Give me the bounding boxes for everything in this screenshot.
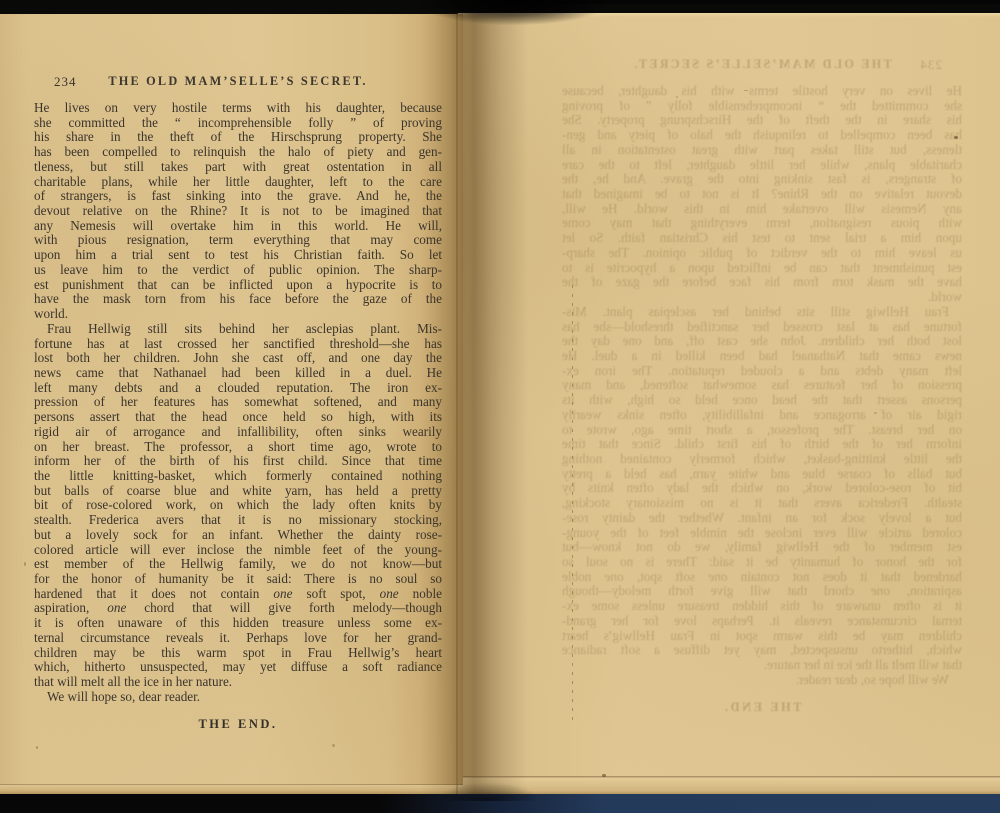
page-edge-bottom [458,776,1000,794]
text-line: colored article will ever inclose the ni… [34,543,442,558]
text-line: est member of the Hellwig family, we do … [34,557,442,572]
text-line: has been compelled to relinquish the hal… [34,145,442,160]
foxing-speck [676,96,678,98]
page-edge-strip [0,785,463,794]
text-line: but a lovely sock for an infant. Whether… [34,528,442,543]
text-line: aspiration, one chord that will give for… [34,601,442,616]
foxing-speck [954,136,958,139]
text-line: tleness, but still takes part with great… [34,160,442,175]
text-line: of strangers, is fast sinking into the g… [34,189,442,204]
text-line: hardened that it does not contain one so… [34,587,442,602]
foxing-speck [24,562,26,566]
text-line: pression of her features has somewhat so… [34,395,442,410]
gutter-crease [456,13,458,794]
foxing-speck [874,412,877,414]
text-line: she committed the “ incomprehensible fol… [34,116,442,131]
text-line: bit of rose-colored work, on which the l… [34,498,442,513]
text-line: stealth. Frederica avers that it is no m… [34,513,442,528]
text-line: world. [34,307,442,322]
right-blank-page: 234 THE OLD MAM’SELLE’S SECRET. He lives… [458,13,1000,794]
text-line: est punishment that can be inflicted upo… [34,278,442,293]
page-body: He lives on very hostile terms with his … [34,101,442,704]
text-line: He lives on very hostile terms with his … [34,101,442,116]
bleedthrough-text: 234 THE OLD MAM’SELLE’S SECRET. He lives… [562,57,962,715]
text-line: rigid air of arrogance and infallibility… [34,425,442,440]
text-line: charitable plans, while her little daugh… [34,175,442,190]
text-line: upon him a trial sent to test his Christ… [34,248,442,263]
left-page-content: 234 THE OLD MAM’SELLE’S SECRET. He lives… [34,74,442,732]
text-line: Frau Hellwig still sits behind her ascle… [34,322,442,337]
text-line: ternal circumstance reveals it. Perhaps … [34,631,442,646]
text-line: children may be this warm spot in Frau H… [34,646,442,661]
book-spread-photo: 234 THE OLD MAM’SELLE’S SECRET. He lives… [0,0,1000,813]
foxing-speck [332,744,335,747]
endpaper-crease-line [572,285,573,723]
page-number: 234 [54,74,77,90]
foxing-speck [36,746,38,749]
text-line: fortune has at last crossed her sanctifi… [34,337,442,352]
text-line: lost both her children. John she cast of… [34,351,442,366]
text-line: which, hitherto unsuspected, may yet dif… [34,660,442,675]
text-line: it is often unaware of this hidden treas… [34,616,442,631]
foxing-speck [744,90,748,91]
text-line: news came that Nathanael had been killed… [34,366,442,381]
text-line: his share in the theft of the Hirschspru… [34,130,442,145]
text-line: but balls of coarse blue and white yarn,… [34,484,442,499]
text-line: any Nemesis will overtake him in this wo… [34,219,442,234]
text-line: left many debts and a clouded reputation… [34,381,442,396]
text-line: persons assert that the head once held s… [34,410,442,425]
text-line: that will melt all the ice in her nature… [34,675,442,690]
the-end-label: THE END. [34,717,442,732]
text-line: We will hope so, dear reader. [34,690,442,705]
text-line: the little knitting-basket, which former… [34,469,442,484]
page-header: 234 THE OLD MAM’SELLE’S SECRET. [34,74,442,92]
text-line: have the mask torn from his face before … [34,292,442,307]
foxing-speck [602,774,606,777]
text-line: with pious resignation, term everything … [34,233,442,248]
text-line: devout relative on the Rhine? It is not … [34,204,442,219]
running-title: THE OLD MAM’SELLE’S SECRET. [34,74,442,89]
text-line: for the honor of humanity be it said: Th… [34,572,442,587]
text-line: us leave him to the verdict of public op… [34,263,442,278]
text-line: on her breast. The professor, a short ti… [34,440,442,455]
left-page: 234 THE OLD MAM’SELLE’S SECRET. He lives… [0,14,463,794]
page-edge-top [458,13,1000,17]
text-line: inform her of the birth of his first chi… [34,454,442,469]
